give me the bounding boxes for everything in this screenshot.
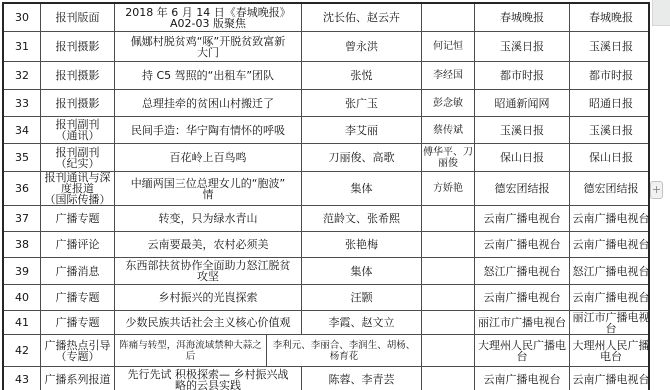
publisher-cell: 玉溪日报 bbox=[475, 32, 570, 61]
publisher-cell: 保山日报 bbox=[475, 144, 570, 171]
entry-number-cell: 34 bbox=[4, 117, 41, 143]
publisher-cell: 大理州人民广播电 台 bbox=[475, 335, 570, 366]
table-row: 31报刊摄影佩娜村脱贫鸡“啄”开脱贫致富新 大门曾永洪何记恒玉溪日报玉溪日报 bbox=[4, 32, 648, 62]
publisher-cell: 昭通新闻网 bbox=[475, 90, 570, 116]
category-cell: 广播系列报道 bbox=[41, 367, 115, 390]
table-row: 38广播评论云南要最美，农村必须美张艳梅云南广播电视台云南广播电视台 bbox=[4, 232, 648, 258]
organization-cell: 玉溪日报 bbox=[570, 117, 652, 143]
authors-cell: 张广玉 bbox=[302, 90, 422, 116]
category-cell: 广播专题 bbox=[41, 206, 115, 231]
table-row: 32报刊摄影持 C5 驾照的“出租车”团队张悦李经国都市时报都市时报 bbox=[4, 62, 648, 90]
organization-cell: 大理州人民广播 电台 bbox=[570, 335, 652, 366]
editor-cell: 方娇艳 bbox=[422, 172, 475, 205]
category-cell: 广播专题 bbox=[41, 311, 115, 334]
organization-cell: 春城晚报 bbox=[570, 4, 652, 31]
editor-cell: 彭念敏 bbox=[422, 90, 475, 116]
authors-cell: 汪颢 bbox=[302, 285, 422, 310]
editor-cell: 何记恒 bbox=[422, 32, 475, 61]
category-cell: 报刊摄影 bbox=[41, 32, 115, 61]
editor-cell bbox=[422, 4, 475, 31]
title-cell: 阵痛与转型，洱海流域禁种大蒜之 后 bbox=[115, 335, 267, 366]
table-row: 33报刊摄影总理挂牵的贫困山村搬迁了张广玉彭念敏昭通新闻网昭通日报 bbox=[4, 90, 648, 117]
title-cell: 东西部扶贫协作全面助力怒江脱贫 攻坚 bbox=[115, 258, 302, 284]
editor-cell bbox=[422, 232, 475, 257]
entry-number-cell: 36 bbox=[4, 172, 41, 205]
authors-cell: 集体 bbox=[302, 172, 422, 205]
publisher-cell: 怒江广播电视台 bbox=[475, 258, 570, 284]
award-entries-table: 30报刊版面2018 年 6 月 14 日《春城晚报》 A02-03 版聚焦沈长… bbox=[2, 2, 650, 390]
title-cell: 持 C5 驾照的“出租车”团队 bbox=[115, 62, 302, 89]
category-cell: 报刊摄影 bbox=[41, 90, 115, 116]
table-row: 34报刊副刊 （通讯）民间手造：华宁陶有情怀的呼吸李艾丽蔡传斌玉溪日报玉溪日报 bbox=[4, 117, 648, 144]
editor-cell bbox=[422, 367, 475, 390]
entry-number-cell: 38 bbox=[4, 232, 41, 257]
category-cell: 报刊通讯与深 度报道 （国际传播） bbox=[41, 172, 115, 205]
publisher-cell: 玉溪日报 bbox=[475, 117, 570, 143]
category-cell: 广播专题 bbox=[41, 285, 115, 310]
authors-cell: 张悦 bbox=[302, 62, 422, 89]
editor-cell bbox=[422, 258, 475, 284]
title-cell: 民间手造：华宁陶有情怀的呼吸 bbox=[115, 117, 302, 143]
category-cell: 报刊摄影 bbox=[41, 62, 115, 89]
title-cell: 少数民族共话社会主义核心价值观 bbox=[115, 311, 302, 334]
organization-cell: 云南广播电视台 bbox=[570, 367, 652, 390]
publisher-cell: 德宏团结报 bbox=[475, 172, 570, 205]
editor-cell bbox=[422, 311, 475, 334]
publisher-cell: 春城晚报 bbox=[475, 4, 570, 31]
category-cell: 广播热点引导 （专题） bbox=[41, 335, 115, 366]
table-row: 43广播系列报道先行先试 积极探索— 乡村振兴战 略的云县实践陈蓉、李青芸云南广… bbox=[4, 367, 648, 390]
organization-cell: 德宏团结报 bbox=[570, 172, 652, 205]
entry-number-cell: 35 bbox=[4, 144, 41, 171]
authors-cell: 李利元、李丽合、李润生、胡杨、 杨育花 bbox=[267, 335, 422, 366]
authors-cell: 李霞、赵文立 bbox=[302, 311, 422, 334]
table-row: 35报刊副刊 （纪实）百花岭上百鸟鸣刀丽俊、高歌傅华平、刀 丽俊保山日报保山日报 bbox=[4, 144, 648, 172]
table-row: 40广播专题乡村振兴的光崀探索汪颢云南广播电视台云南广播电视台 bbox=[4, 285, 648, 311]
publisher-cell: 云南广播电视台 bbox=[475, 285, 570, 310]
entry-number-cell: 37 bbox=[4, 206, 41, 231]
title-cell: 中缅两国三位总理女儿的“胞波” 情 bbox=[115, 172, 302, 205]
organization-cell: 保山日报 bbox=[570, 144, 652, 171]
publisher-cell: 云南广播电视台 bbox=[475, 206, 570, 231]
entry-number-cell: 41 bbox=[4, 311, 41, 334]
editor-cell bbox=[422, 206, 475, 231]
organization-cell: 怒江广播电视台 bbox=[570, 258, 652, 284]
authors-cell: 李艾丽 bbox=[302, 117, 422, 143]
category-cell: 报刊副刊 （通讯） bbox=[41, 117, 115, 143]
table-row: 39广播消息东西部扶贫协作全面助力怒江脱贫 攻坚集体怒江广播电视台怒江广播电视台 bbox=[4, 258, 648, 285]
authors-cell: 陈蓉、李青芸 bbox=[302, 367, 422, 390]
entry-number-cell: 30 bbox=[4, 4, 41, 31]
editor-cell bbox=[422, 335, 475, 366]
document-page: 30报刊版面2018 年 6 月 14 日《春城晚报》 A02-03 版聚焦沈长… bbox=[0, 0, 670, 390]
publisher-cell: 都市时报 bbox=[475, 62, 570, 89]
title-cell: 云南要最美，农村必须美 bbox=[115, 232, 302, 257]
authors-cell: 曾永洪 bbox=[302, 32, 422, 61]
publisher-cell: 丽江市广播电视台 bbox=[475, 311, 570, 334]
entry-number-cell: 40 bbox=[4, 285, 41, 310]
title-cell: 佩娜村脱贫鸡“啄”开脱贫致富新 大门 bbox=[115, 32, 302, 61]
insert-button[interactable]: + bbox=[650, 181, 663, 199]
category-cell: 报刊副刊 （纪实） bbox=[41, 144, 115, 171]
editor-cell: 李经国 bbox=[422, 62, 475, 89]
editor-cell: 傅华平、刀 丽俊 bbox=[422, 144, 475, 171]
table-row: 41广播专题少数民族共话社会主义核心价值观李霞、赵文立丽江市广播电视台丽江市广播… bbox=[4, 311, 648, 335]
authors-cell: 沈长佑、赵云卉 bbox=[302, 4, 422, 31]
table-row: 36报刊通讯与深 度报道 （国际传播）中缅两国三位总理女儿的“胞波” 情集体方娇… bbox=[4, 172, 648, 206]
entry-number-cell: 39 bbox=[4, 258, 41, 284]
publisher-cell: 云南广播电视台 bbox=[475, 232, 570, 257]
table-row: 30报刊版面2018 年 6 月 14 日《春城晚报》 A02-03 版聚焦沈长… bbox=[4, 4, 648, 32]
title-cell: 转变，只为绿水青山 bbox=[115, 206, 302, 231]
organization-cell: 丽江市广播电视 台 bbox=[570, 311, 652, 334]
authors-cell: 刀丽俊、高歌 bbox=[302, 144, 422, 171]
table-row: 42广播热点引导 （专题）阵痛与转型，洱海流域禁种大蒜之 后李利元、李丽合、李润… bbox=[4, 335, 648, 367]
organization-cell: 云南广播电视台 bbox=[570, 285, 652, 310]
editor-cell bbox=[422, 285, 475, 310]
table-row: 37广播专题转变，只为绿水青山范龄文、张希熙云南广播电视台云南广播电视台 bbox=[4, 206, 648, 232]
organization-cell: 玉溪日报 bbox=[570, 32, 652, 61]
title-cell: 乡村振兴的光崀探索 bbox=[115, 285, 302, 310]
organization-cell: 昭通日报 bbox=[570, 90, 652, 116]
authors-cell: 张艳梅 bbox=[302, 232, 422, 257]
organization-cell: 云南广播电视台 bbox=[570, 232, 652, 257]
authors-cell: 集体 bbox=[302, 258, 422, 284]
title-cell: 先行先试 积极探索— 乡村振兴战 略的云县实践 bbox=[115, 367, 302, 390]
editor-cell: 蔡传斌 bbox=[422, 117, 475, 143]
category-cell: 报刊版面 bbox=[41, 4, 115, 31]
authors-cell: 范龄文、张希熙 bbox=[302, 206, 422, 231]
entry-number-cell: 33 bbox=[4, 90, 41, 116]
category-cell: 广播消息 bbox=[41, 258, 115, 284]
organization-cell: 云南广播电视台 bbox=[570, 206, 652, 231]
title-cell: 总理挂牵的贫困山村搬迁了 bbox=[115, 90, 302, 116]
entry-number-cell: 43 bbox=[4, 367, 41, 390]
entry-number-cell: 32 bbox=[4, 62, 41, 89]
entry-number-cell: 42 bbox=[4, 335, 41, 366]
entry-number-cell: 31 bbox=[4, 32, 41, 61]
scrollbar-thumb[interactable] bbox=[652, 0, 670, 26]
organization-cell: 都市时报 bbox=[570, 62, 652, 89]
category-cell: 广播评论 bbox=[41, 232, 115, 257]
publisher-cell: 云南广播电视台 bbox=[475, 367, 570, 390]
title-cell: 2018 年 6 月 14 日《春城晚报》 A02-03 版聚焦 bbox=[115, 4, 302, 31]
title-cell: 百花岭上百鸟鸣 bbox=[115, 144, 302, 171]
